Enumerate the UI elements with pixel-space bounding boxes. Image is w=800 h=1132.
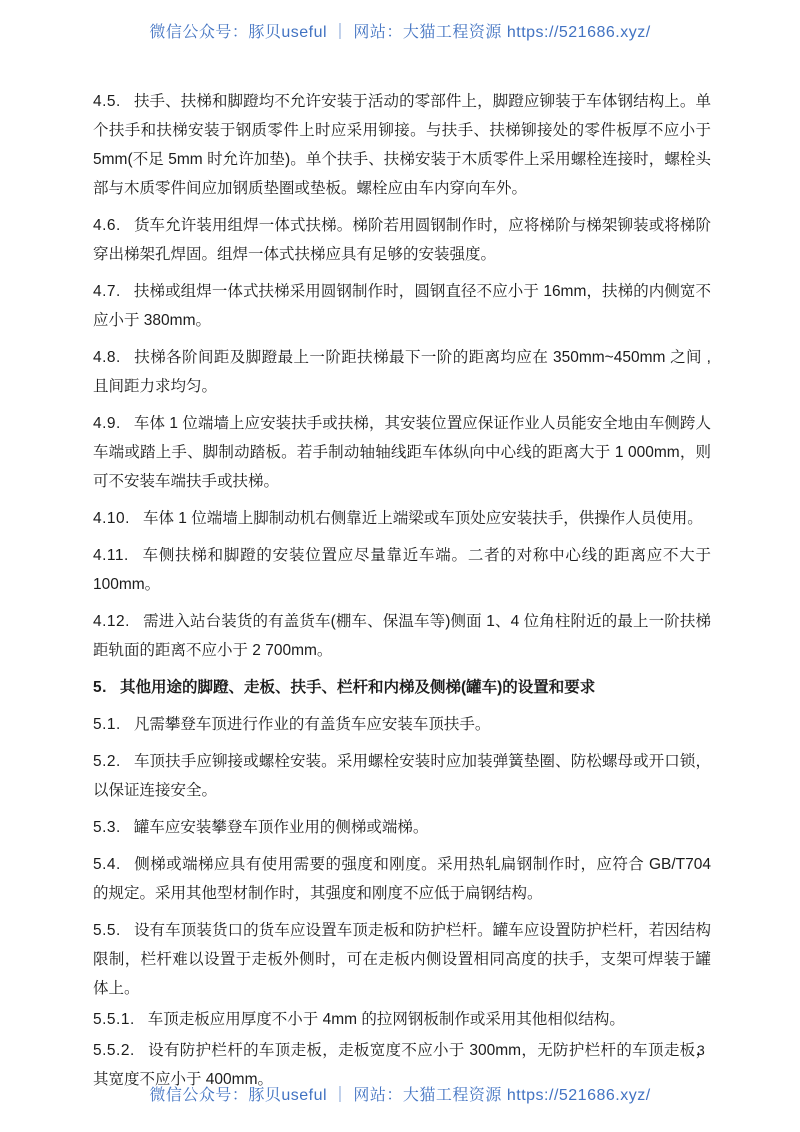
- clause-text: 车体 1 位端墙上应安装扶手或扶梯，其安装位置应保证作业人员能安全地由车侧跨人车…: [93, 415, 711, 490]
- clause-5-1: 5.1.凡需攀登车顶进行作业的有盖货车应安装车顶扶手。: [93, 710, 711, 739]
- page-header-watermark: 微信公众号：豚贝useful ｜ 网站：大猫工程资源 https://52168…: [0, 19, 800, 42]
- clause-text: 扶手、扶梯和脚蹬均不允许安装于活动的零部件上，脚蹬应铆装于车体钢结构上。单个扶手…: [93, 93, 711, 197]
- clause-number: 5.5.: [93, 922, 121, 939]
- clause-5-2: 5.2.车顶扶手应铆接或螺栓安装。采用螺栓安装时应加装弹簧垫圈、防松螺母或开口锁…: [93, 747, 711, 805]
- clause-4-12: 4.12.需进入站台装货的有盖货车(棚车、保温车等)侧面 1、4 位角柱附近的最…: [93, 607, 711, 665]
- clause-text: 车顶扶手应铆接或螺栓安装。采用螺栓安装时应加装弹簧垫圈、防松螺母或开口锁，以保证…: [93, 753, 711, 799]
- section-5-heading: 5.其他用途的脚蹬、走板、扶手、栏杆和内梯及侧梯(罐车)的设置和要求: [93, 673, 711, 702]
- clause-number: 5.3.: [93, 819, 121, 836]
- clause-number: 5.5.1.: [93, 1011, 135, 1028]
- page-footer-watermark: 微信公众号：豚贝useful ｜ 网站：大猫工程资源 https://52168…: [0, 1082, 800, 1105]
- clause-number: 4.11.: [93, 547, 129, 564]
- clause-number: 4.7.: [93, 283, 121, 300]
- clause-text: 需进入站台装货的有盖货车(棚车、保温车等)侧面 1、4 位角柱附近的最上一阶扶梯…: [93, 613, 711, 659]
- clause-5-3: 5.3.罐车应安装攀登车顶作业用的侧梯或端梯。: [93, 813, 711, 842]
- clause-text: 货车允许装用组焊一体式扶梯。梯阶若用圆钢制作时，应将梯阶与梯架铆装或将梯阶穿出梯…: [93, 217, 711, 263]
- clause-text: 车顶走板应用厚度不小于 4mm 的拉网钢板制作或采用其他相似结构。: [148, 1011, 625, 1028]
- clause-text: 车体 1 位端墙上脚制动机右侧靠近上端梁或车顶处应安装扶手，供操作人员使用。: [143, 510, 703, 527]
- clause-4-11: 4.11.车侧扶梯和脚蹬的安装位置应尽量靠近车端。二者的对称中心线的距离应不大于…: [93, 541, 711, 599]
- clause-number: 5.1.: [93, 716, 121, 733]
- clause-text: 其他用途的脚蹬、走板、扶手、栏杆和内梯及侧梯(罐车)的设置和要求: [120, 679, 595, 696]
- clause-number: 4.8.: [93, 349, 121, 366]
- clause-5-4: 5.4.侧梯或端梯应具有使用需要的强度和刚度。采用热轧扁钢制作时，应符合 GB/…: [93, 850, 711, 908]
- clause-number: 5.4.: [93, 856, 121, 873]
- page-number: 3: [697, 1042, 705, 1058]
- clause-number: 5.2.: [93, 753, 121, 770]
- clause-4-8: 4.8.扶梯各阶间距及脚蹬最上一阶距扶梯最下一阶的距离均应在 350mm~450…: [93, 343, 711, 401]
- clause-number: 5.5.2.: [93, 1042, 135, 1059]
- clause-4-7: 4.7.扶梯或组焊一体式扶梯采用圆钢制作时，圆钢直径不应小于 16mm，扶梯的内…: [93, 277, 711, 335]
- clause-number: 4.10.: [93, 510, 130, 527]
- clause-text: 侧梯或端梯应具有使用需要的强度和刚度。采用热轧扁钢制作时，应符合 GB/T704…: [93, 856, 711, 902]
- clause-4-6: 4.6.货车允许装用组焊一体式扶梯。梯阶若用圆钢制作时，应将梯阶与梯架铆装或将梯…: [93, 211, 711, 269]
- clause-text: 罐车应安装攀登车顶作业用的侧梯或端梯。: [134, 819, 429, 836]
- clause-4-5: 4.5.扶手、扶梯和脚蹬均不允许安装于活动的零部件上，脚蹬应铆装于车体钢结构上。…: [93, 87, 711, 203]
- document-body: 4.5.扶手、扶梯和脚蹬均不允许安装于活动的零部件上，脚蹬应铆装于车体钢结构上。…: [93, 87, 711, 1102]
- clause-text: 凡需攀登车顶进行作业的有盖货车应安装车顶扶手。: [134, 716, 491, 733]
- clause-5-5-1: 5.5.1.车顶走板应用厚度不小于 4mm 的拉网钢板制作或采用其他相似结构。: [93, 1005, 711, 1034]
- clause-5-5: 5.5.设有车顶装货口的货车应设置车顶走板和防护栏杆。罐车应设置防护栏杆，若因结…: [93, 916, 711, 1003]
- clause-4-10: 4.10.车体 1 位端墙上脚制动机右侧靠近上端梁或车顶处应安装扶手，供操作人员…: [93, 504, 711, 533]
- clause-text: 扶梯各阶间距及脚蹬最上一阶距扶梯最下一阶的距离均应在 350mm~450mm 之…: [93, 349, 711, 395]
- clause-number: 4.5.: [93, 93, 121, 110]
- clause-number: 5.: [93, 679, 107, 696]
- clause-4-9: 4.9.车体 1 位端墙上应安装扶手或扶梯，其安装位置应保证作业人员能安全地由车…: [93, 409, 711, 496]
- clause-text: 扶梯或组焊一体式扶梯采用圆钢制作时，圆钢直径不应小于 16mm，扶梯的内侧宽不应…: [93, 283, 711, 329]
- clause-text: 设有车顶装货口的货车应设置车顶走板和防护栏杆。罐车应设置防护栏杆，若因结构限制，…: [93, 922, 711, 997]
- clause-number: 4.9.: [93, 415, 121, 432]
- clause-number: 4.12.: [93, 613, 130, 630]
- clause-text: 车侧扶梯和脚蹬的安装位置应尽量靠近车端。二者的对称中心线的距离应不大于 100m…: [93, 547, 711, 593]
- clause-number: 4.6.: [93, 217, 121, 234]
